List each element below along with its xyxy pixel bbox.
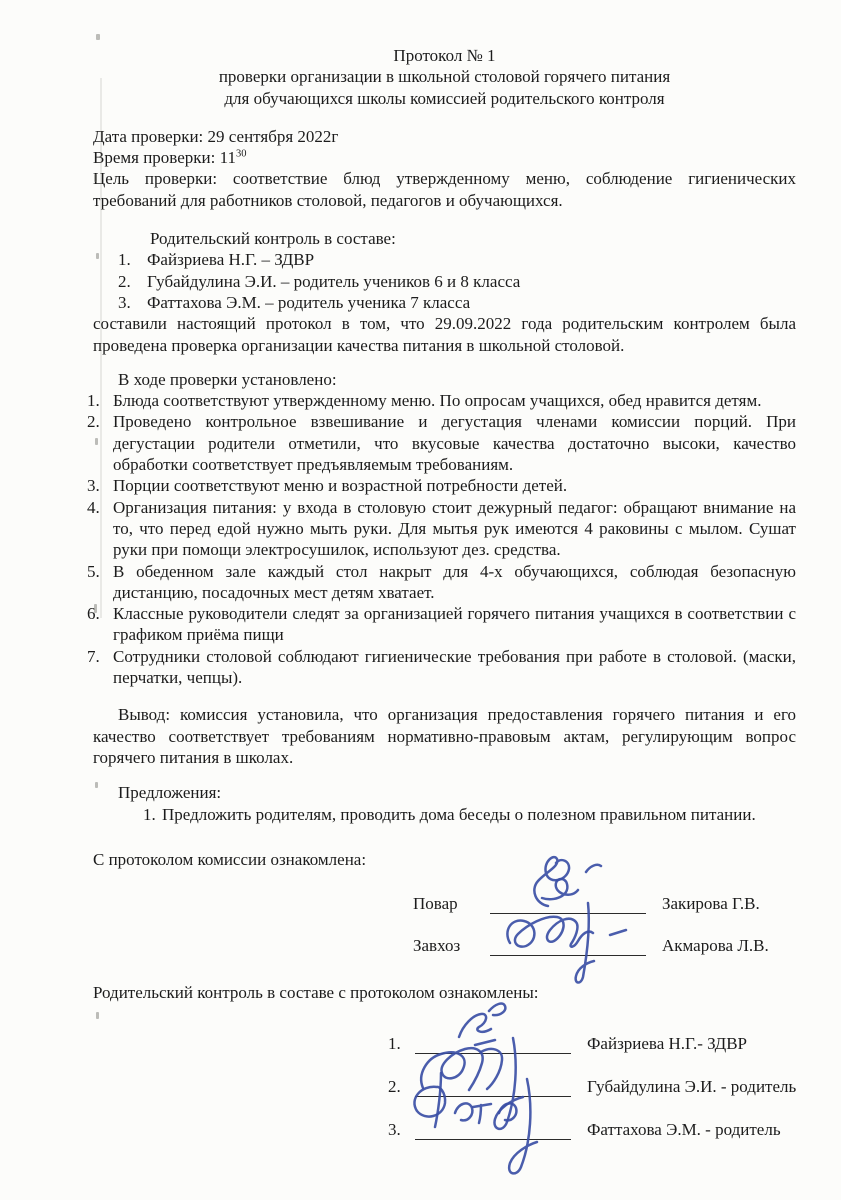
finding-item: 5. В обеденном зале каждый стол накрыт д…: [87, 561, 796, 604]
staff-name: Закирова Г.В.: [662, 893, 760, 914]
parent-row-number: 1.: [388, 1033, 415, 1054]
finding-text: Классные руководители следят за организа…: [113, 603, 796, 646]
finding-item: 6. Классные руководители следят за орган…: [87, 603, 796, 646]
title-line-2: проверки организации в школьной столовой…: [93, 66, 796, 87]
staff-ack-row: Повар Закирова Г.В.: [413, 872, 796, 914]
finding-text: Сотрудники столовой соблюдают гигиеничес…: [113, 646, 796, 689]
suggestion-item: 1. Предложить родителям, проводить дома …: [93, 804, 796, 825]
parent-name: Файзриева Н.Г.- ЗДВР: [587, 1033, 747, 1054]
finding-text: Организация питания: у входа в столовую …: [113, 497, 796, 561]
findings-list: 1. Блюда соответствуют утвержденному мен…: [87, 390, 796, 688]
suggestion-text: Предложить родителям, проводить дома бес…: [162, 804, 756, 825]
commission-member-list: 1. Файзриева Н.Г. – ЗДВР 2. Губайдулина …: [93, 249, 796, 313]
scan-speck-artifact: [96, 253, 99, 259]
title-line-3: для обучающихся школы комиссией родитель…: [93, 88, 796, 109]
finding-item: 3. Порции соответствуют меню и возрастно…: [87, 475, 796, 496]
conclusion-paragraph: Вывод: комиссия установила, что организа…: [93, 704, 796, 768]
signature-line: [415, 1066, 571, 1097]
commission-member: 3. Фаттахова Э.М. – родитель ученика 7 к…: [93, 292, 796, 313]
signature-line: [490, 883, 646, 914]
signature-line: [415, 1109, 571, 1140]
commission-member: 2. Губайдулина Э.И. – родитель учеников …: [93, 271, 796, 292]
suggestion-number: 1.: [143, 804, 162, 825]
parent-ack-rows: 1. Файзриева Н.Г.- ЗДВР 2. Губайдулина Э…: [93, 1011, 796, 1140]
staff-role-label: Завхоз: [413, 935, 490, 956]
inspection-time-superscript: 30: [236, 149, 247, 160]
scanned-protocol-page: Протокол № 1 проверки организации в школ…: [0, 0, 841, 1200]
commission-statement: составили настоящий протокол в том, что …: [93, 313, 796, 356]
document-title: Протокол № 1 проверки организации в школ…: [93, 45, 796, 109]
finding-text: Порции соответствуют меню и возрастной п…: [113, 475, 796, 496]
parent-name: Фаттахова Э.М. - родитель: [587, 1119, 781, 1140]
signature-line: [490, 925, 646, 956]
scan-speck-artifact: [94, 604, 97, 613]
scan-streak-artifact: [100, 78, 102, 618]
finding-text: Блюда соответствуют утвержденному меню. …: [113, 390, 796, 411]
commission-member: 1. Файзриева Н.Г. – ЗДВР: [93, 249, 796, 270]
finding-item: 1. Блюда соответствуют утвержденному мен…: [87, 390, 796, 411]
inspection-time-text: Время проверки: 11: [93, 148, 236, 167]
parent-ack-heading: Родительский контроль в составе с проток…: [93, 982, 796, 1003]
member-text: Файзриева Н.Г. – ЗДВР: [147, 249, 314, 270]
inspection-purpose: Цель проверки: соответствие блюд утвержд…: [93, 168, 796, 211]
finding-text: В обеденном зале каждый стол накрыт для …: [113, 561, 796, 604]
parent-ack-row: 3. Фаттахова Э.М. - родитель: [388, 1097, 796, 1140]
staff-ack-row: Завхоз Акмарова Л.В.: [413, 914, 796, 956]
finding-item: 2. Проведено контрольное взвешивание и д…: [87, 411, 796, 475]
parent-name: Губайдулина Э.И. - родитель: [587, 1076, 796, 1097]
inspection-date: Дата проверки: 29 сентября 2022г: [93, 126, 796, 147]
parent-row-number: 3.: [388, 1119, 415, 1140]
title-line-1: Протокол № 1: [93, 45, 796, 66]
parent-ack-row: 1. Файзриева Н.Г.- ЗДВР: [388, 1011, 796, 1054]
finding-number: 7.: [87, 646, 113, 689]
parent-ack-row: 2. Губайдулина Э.И. - родитель: [388, 1054, 796, 1097]
fayzrieva-signature: [453, 999, 523, 1053]
member-text: Фаттахова Э.М. – родитель ученика 7 клас…: [147, 292, 470, 313]
scan-speck-artifact: [95, 438, 98, 445]
inspection-meta: Дата проверки: 29 сентября 2022г Время п…: [93, 126, 796, 211]
scan-speck-artifact: [95, 782, 98, 788]
finding-item: 4. Организация питания: у входа в столов…: [87, 497, 796, 561]
finding-text: Проведено контрольное взвешивание и дегу…: [113, 411, 796, 475]
member-number: 3.: [118, 292, 147, 313]
commission-heading: Родительский контроль в составе:: [93, 228, 796, 249]
scan-speck-artifact: [96, 34, 100, 40]
staff-role-label: Повар: [413, 893, 490, 914]
staff-ack-rows: Повар Закирова Г.В. Завхоз Акмарова Л.В.: [93, 872, 796, 956]
member-number: 2.: [118, 271, 147, 292]
member-number: 1.: [118, 249, 147, 270]
scan-speck-artifact: [94, 174, 97, 182]
finding-item: 7. Сотрудники столовой соблюдают гигиени…: [87, 646, 796, 689]
staff-name: Акмарова Л.В.: [662, 935, 769, 956]
parent-row-number: 2.: [388, 1076, 415, 1097]
scan-speck-artifact: [96, 1012, 99, 1019]
inspection-time: Время проверки: 1130: [93, 147, 796, 168]
signature-line: [415, 1023, 571, 1054]
member-text: Губайдулина Э.И. – родитель учеников 6 и…: [147, 271, 520, 292]
suggestions-heading: Предложения:: [93, 782, 796, 803]
findings-heading: В ходе проверки установлено:: [93, 369, 796, 390]
staff-ack-heading: С протоколом комиссии ознакомлена:: [93, 849, 796, 870]
